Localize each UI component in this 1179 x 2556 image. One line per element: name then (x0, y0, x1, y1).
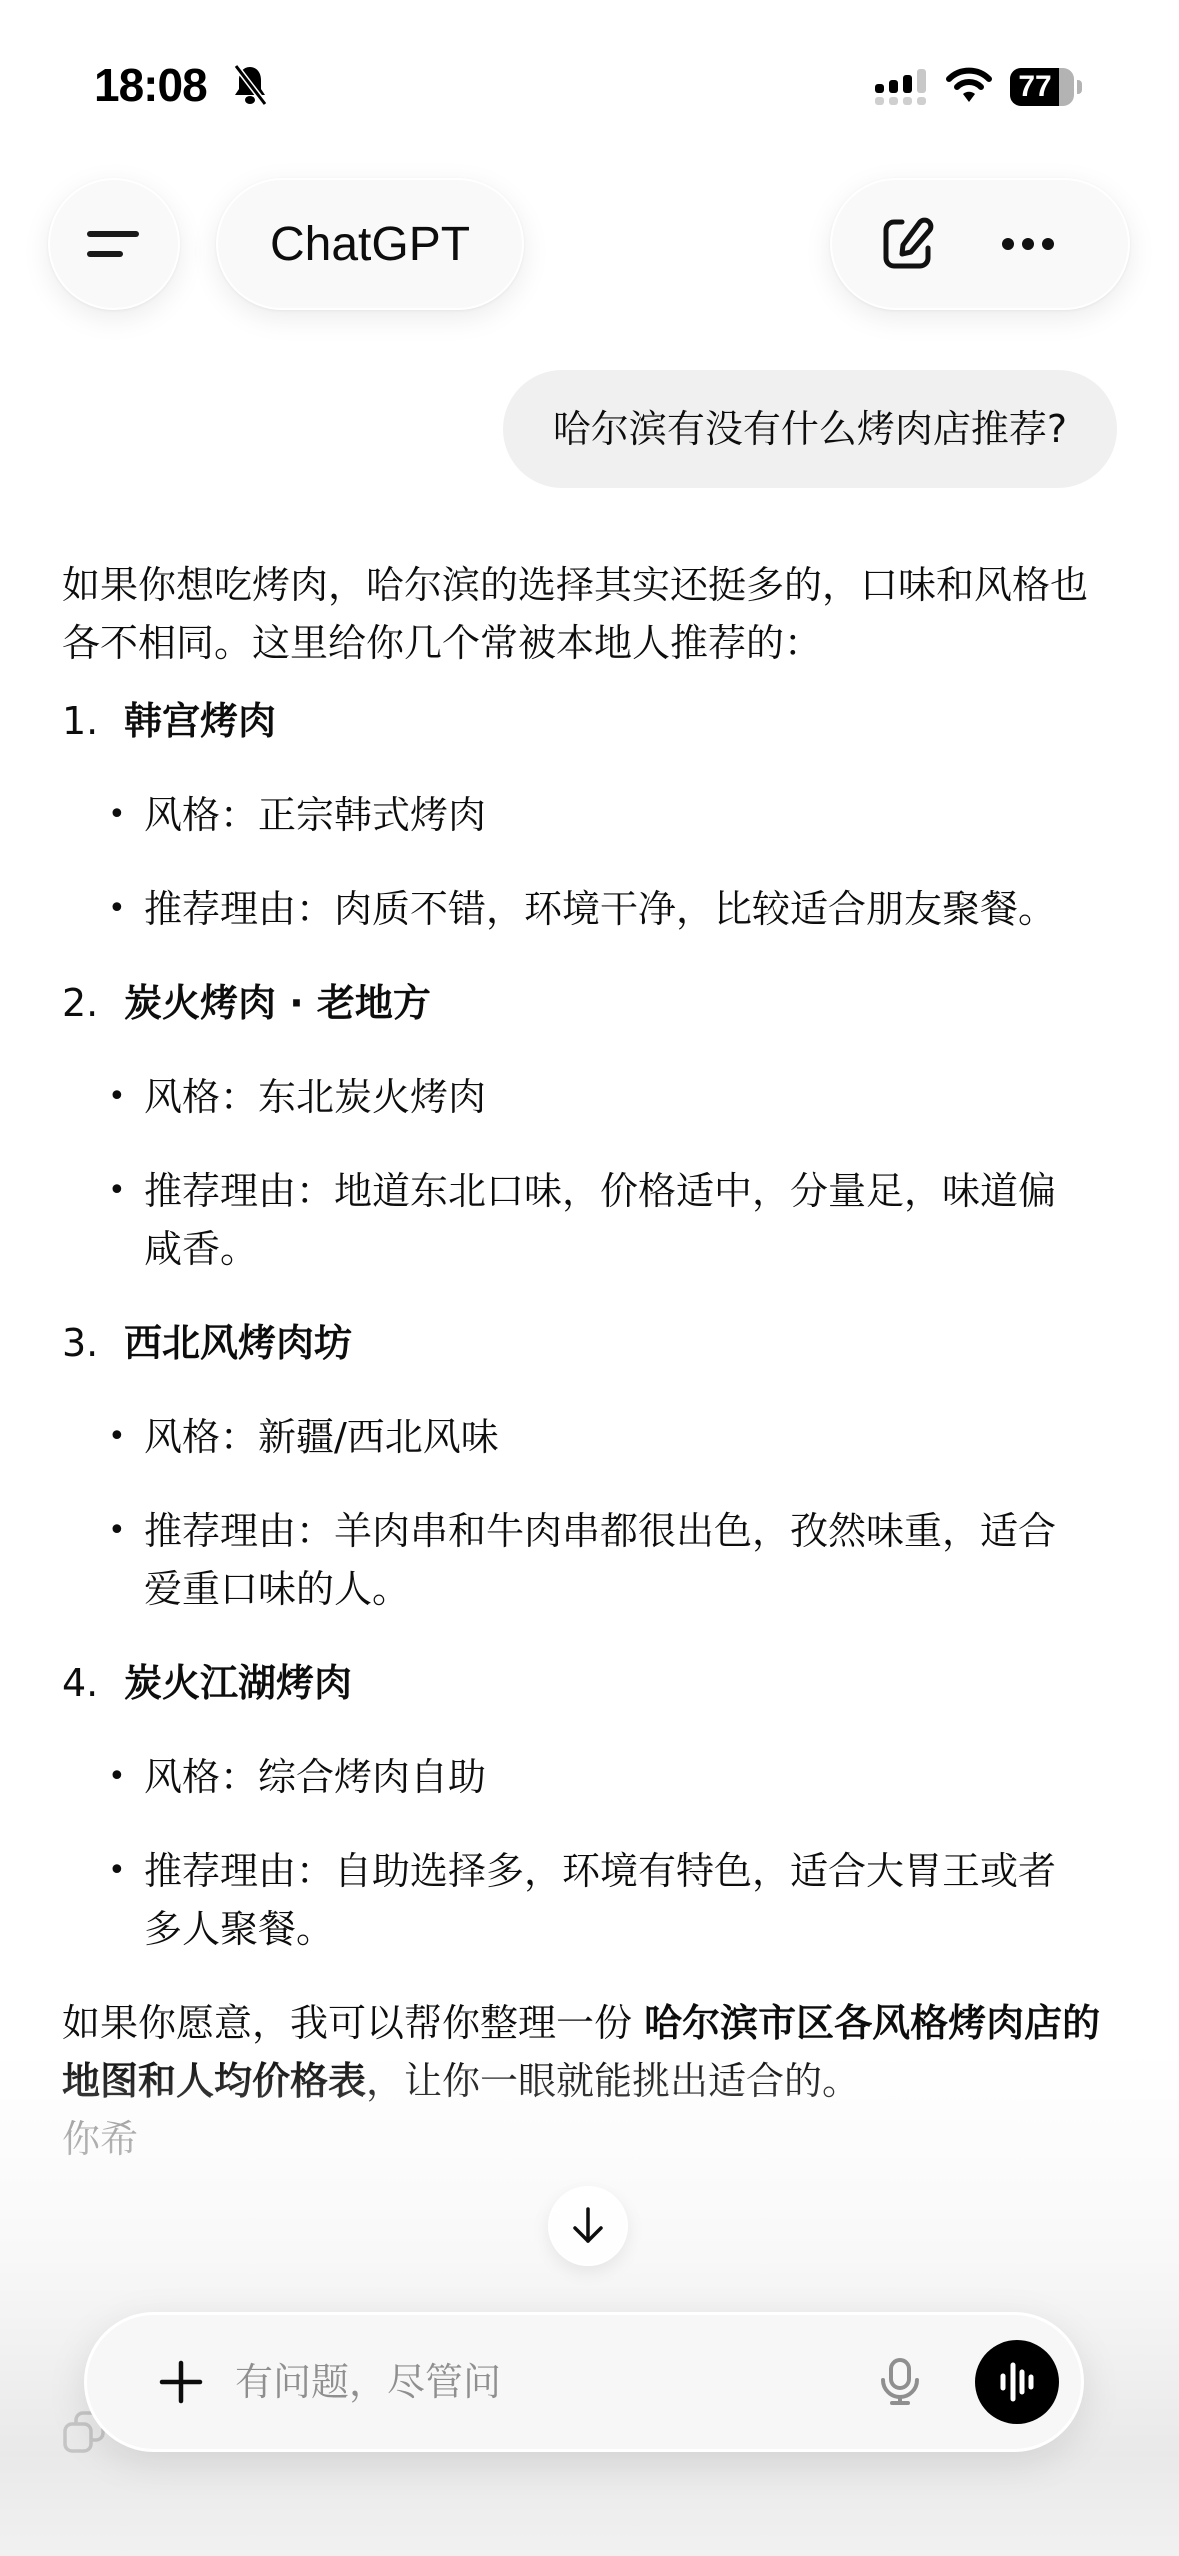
list-bullet: • 风格：综合烤肉自助 (62, 1748, 1122, 1806)
new-chat-button[interactable] (868, 204, 948, 284)
sidebar-menu-button[interactable] (48, 178, 180, 310)
list-bullet: • 推荐理由：羊肉串和牛肉串都很出色，孜然味重，适合爱重口味的人。 (62, 1502, 1122, 1618)
list-item-number: 4. (62, 1654, 124, 1712)
list-bullet: • 推荐理由：肉质不错，环境干净，比较适合朋友聚餐。 (62, 880, 1122, 938)
list-item-title: 2. 炭火烤肉 · 老地方 (62, 974, 1122, 1032)
assistant-outro: 如果你愿意，我可以帮你整理一份 哈尔滨市区各风格烤肉店的地图和人均价格表，让你一… (62, 1994, 1122, 2110)
bullet-text: 风格：综合烤肉自助 (144, 1748, 1122, 1806)
outro-text-end: ，让你一眼就能挑出适合的。 (366, 2059, 860, 2103)
list-bullet: • 风格：东北炭火烤肉 (62, 1068, 1122, 1126)
user-message-bubble: 哈尔滨有没有什么烤肉店推荐? (503, 370, 1117, 488)
outro-text: 如果你愿意，我可以帮你整理一份 (62, 2001, 644, 2045)
voice-mode-icon (995, 2360, 1039, 2404)
list-bullet: • 推荐理由：自助选择多，环境有特色，适合大胃王或者多人聚餐。 (62, 1842, 1122, 1958)
sidebar-menu-icon (86, 224, 142, 264)
list-item-title: 4. 炭火江湖烤肉 (62, 1654, 1122, 1712)
message-composer (84, 2312, 1084, 2452)
bullet-text: 风格：正宗韩式烤肉 (144, 786, 1122, 844)
bullet-dot: • (108, 1408, 144, 1466)
status-time: 18:08 (94, 58, 207, 112)
scroll-to-bottom-button[interactable] (548, 2186, 628, 2266)
bullet-dot: • (108, 1502, 144, 1618)
restaurant-name: 炭火江湖烤肉 (124, 1654, 352, 1712)
bullet-text: 推荐理由：自助选择多，环境有特色，适合大胃王或者多人聚餐。 (144, 1842, 1122, 1958)
ellipsis-icon (1000, 236, 1056, 252)
message-input[interactable] (235, 2360, 865, 2404)
bell-slash-icon (232, 64, 268, 106)
status-bar: 18:08 77 (0, 0, 1179, 150)
bullet-text: 推荐理由：羊肉串和牛肉串都很出色，孜然味重，适合爱重口味的人。 (144, 1502, 1122, 1618)
microphone-icon (880, 2358, 920, 2406)
restaurant-name: 西北风烤肉坊 (124, 1314, 352, 1372)
more-options-button[interactable] (988, 204, 1068, 284)
compose-icon (880, 216, 936, 272)
battery-percent: 77 (1010, 68, 1060, 106)
voice-mode-button[interactable] (975, 2340, 1059, 2424)
list-item-number: 2. (62, 974, 124, 1032)
model-selector-button[interactable]: ChatGPT (216, 178, 524, 310)
arrow-down-icon (570, 2206, 606, 2246)
restaurant-name: 炭火烤肉 · 老地方 (124, 974, 431, 1032)
attach-button[interactable] (141, 2342, 221, 2422)
list-bullet: • 风格：正宗韩式烤肉 (62, 786, 1122, 844)
battery-cap (1077, 80, 1082, 94)
app-title: ChatGPT (270, 217, 470, 272)
assistant-intro: 如果你想吃烤肉，哈尔滨的选择其实还挺多的，口味和风格也各不相同。这里给你几个常被… (62, 556, 1122, 672)
bullet-text: 风格：东北炭火烤肉 (144, 1068, 1122, 1126)
dictation-button[interactable] (865, 2347, 935, 2417)
bullet-text: 风格：新疆/西北风味 (144, 1408, 1122, 1466)
list-item-number: 1. (62, 692, 124, 750)
bullet-dot: • (108, 880, 144, 938)
chatgpt-screen: 18:08 77 (0, 0, 1179, 2556)
list-item-title: 1. 韩宫烤肉 (62, 692, 1122, 750)
header-actions (830, 178, 1130, 310)
bullet-text: 推荐理由：地道东北口味，价格适中，分量足，味道偏咸香。 (144, 1162, 1122, 1278)
assistant-message: 如果你想吃烤肉，哈尔滨的选择其实还挺多的，口味和风格也各不相同。这里给你几个常被… (62, 556, 1122, 2168)
bullet-text: 推荐理由：肉质不错，环境干净，比较适合朋友聚餐。 (144, 880, 1122, 938)
cellular-signal-icon (874, 68, 930, 106)
plus-icon (159, 2360, 203, 2404)
assistant-followup-text: 你希 (62, 2110, 1122, 2168)
list-bullet: • 风格：新疆/西北风味 (62, 1408, 1122, 1466)
bullet-dot: • (108, 786, 144, 844)
battery-icon: 77 (1010, 68, 1074, 106)
list-item-title: 3. 西北风烤肉坊 (62, 1314, 1122, 1372)
bullet-dot: • (108, 1748, 144, 1806)
list-item-number: 3. (62, 1314, 124, 1372)
bullet-dot: • (108, 1068, 144, 1126)
restaurant-name: 韩宫烤肉 (124, 692, 276, 750)
bullet-dot: • (108, 1842, 144, 1958)
wifi-icon (946, 66, 992, 106)
bullet-dot: • (108, 1162, 144, 1278)
list-bullet: • 推荐理由：地道东北口味，价格适中，分量足，味道偏咸香。 (62, 1162, 1122, 1278)
